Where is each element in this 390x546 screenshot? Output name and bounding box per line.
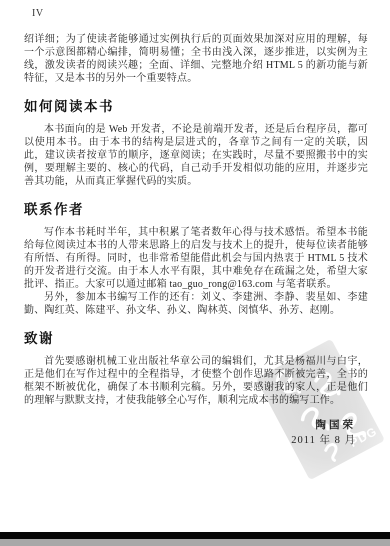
scan-edge-black-bar bbox=[0, 532, 390, 539]
paragraph-acknowledgements: 首先要感谢机械工业出版社华章公司的编辑们，尤其是杨福川与白宇，正是他们在写作过程… bbox=[24, 355, 368, 407]
section-heading-contact-author: 联系作者 bbox=[24, 202, 368, 218]
paragraph-how-to-read: 本书面向的是 Web 开发者，不论是前端开发者，还是后台程序员，都可以使用本书。… bbox=[24, 123, 368, 188]
paragraph-contact-author: 写作本书耗时半年，其中积累了笔者数年心得与技术感悟。希望本书能给每位阅读过本书的… bbox=[24, 226, 368, 291]
page-content: IV 绍详细；为了使读者能够通过实例执行后的页面效果加深对应用的理解，每一个示意… bbox=[0, 0, 390, 447]
signature-date: 2011 年 8 月 bbox=[24, 434, 356, 447]
page-number: IV bbox=[32, 8, 368, 20]
paragraph-coauthors: 另外，参加本书编写工作的还有：刘义、李建洲、李静、裴星如、李建勤、陶红英、陈建平… bbox=[24, 291, 368, 317]
section-heading-acknowledgements: 致谢 bbox=[24, 331, 368, 347]
signature-author-name: 陶国荣 bbox=[24, 419, 356, 432]
scan-edge-gray-bar bbox=[0, 539, 390, 546]
section-heading-how-to-read: 如何阅读本书 bbox=[24, 99, 368, 115]
signature-block: 陶国荣 2011 年 8 月 bbox=[24, 419, 356, 447]
scanned-page: { "page": { "page_number": "IV", "contin… bbox=[0, 0, 390, 546]
paragraph-continuation: 绍详细；为了使读者能够通过实例执行后的页面效果加深对应用的理解，每一个示意图都精… bbox=[24, 33, 368, 85]
